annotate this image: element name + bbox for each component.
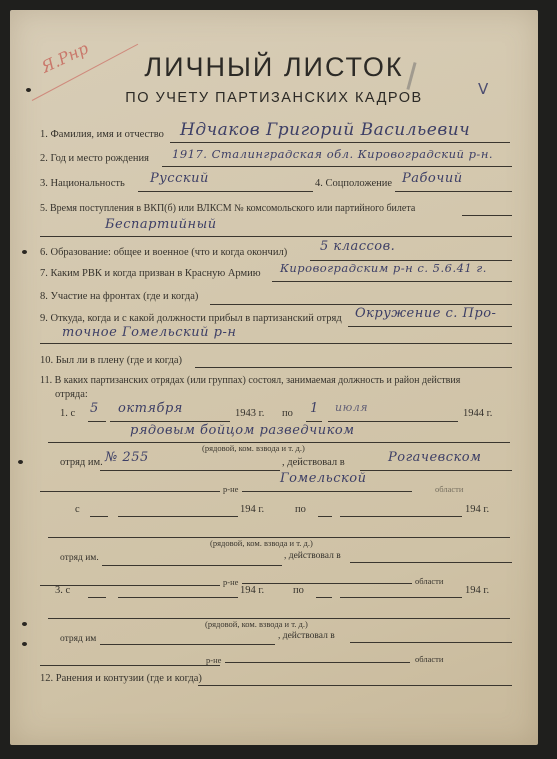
entry-2-district-line: [350, 562, 512, 563]
entry-2-to-month-line: [340, 516, 462, 517]
field-9-line-b: [40, 343, 512, 344]
field-1-line: [170, 142, 510, 143]
entry-3-position-hint: (рядовой, ком. взвода и т. д.): [205, 619, 308, 629]
entry-1-from-day: 5: [90, 401, 99, 416]
entry-2-to-day-line: [318, 516, 332, 517]
entry-2-to-label: по: [295, 504, 306, 515]
entry-1-acted-label: , действовал в: [282, 457, 345, 468]
entry-1-to-month-line: [328, 421, 458, 422]
punch-hole: [22, 250, 27, 254]
field-4-value: Рабочий: [402, 171, 463, 186]
field-7-label: 7. Каким РВК и когда призван в Красную А…: [40, 268, 261, 279]
field-8-line: [210, 304, 512, 305]
entry-2-from-day-line: [90, 516, 108, 517]
entry-1-from-month-line: [110, 421, 230, 422]
entry-2-to-year: 194 г.: [465, 504, 489, 515]
entry-1-from-year: 1943 г.: [235, 408, 264, 419]
entry-2-district-label: р-не: [223, 577, 238, 587]
entry-1-to-day-line: [306, 421, 322, 422]
field-3-label: 3. Национальность: [40, 178, 125, 189]
document-subtitle: ПО УЧЕТУ ПАРТИЗАНСКИХ КАДРОВ: [10, 90, 538, 106]
field-5-line-b: [40, 236, 512, 237]
entry-2-region-label: области: [415, 576, 443, 586]
field-1-label: 1. Фамилия, имя и отчество: [40, 129, 164, 140]
entry-3-region-label: области: [415, 654, 443, 664]
personal-record-sheet: Я.Рнр V ЛИЧНЫЙ ЛИСТОК ПО УЧЕТУ ПАРТИЗАНС…: [10, 10, 538, 745]
punch-hole: [22, 642, 27, 646]
field-6-value: 5 классов.: [320, 239, 395, 254]
field-6-label: 6. Образование: общее и военное (что и к…: [40, 247, 287, 258]
entry-3-region-line: [225, 662, 410, 663]
entry-3-to-month-line: [340, 597, 462, 598]
field-12-label: 12. Ранения и контузии (где и когда): [40, 673, 202, 684]
entry-1-district: Рогачевском: [388, 450, 481, 465]
field-3-value: Русский: [150, 171, 209, 186]
punch-hole: [18, 460, 23, 464]
entry-1-district-line: [360, 470, 512, 471]
entry-1-position: рядовым бойцом разведчиком: [130, 423, 355, 438]
field-11-label: 11. В каких партизанских отрядах (или гр…: [40, 375, 460, 386]
field-9-value-line1: Окружение с. Про-: [355, 306, 496, 321]
field-4-line: [395, 191, 512, 192]
field-11-label-2: отряда:: [55, 389, 88, 400]
entry-2-unit-line: [102, 565, 282, 566]
entry-1-unit: № 255: [105, 450, 149, 465]
entry-3-to-label: по: [293, 585, 304, 596]
entry-1-line-left: [40, 491, 220, 492]
entry-1-position-hint: (рядовой, ком. взвода и т. д.): [202, 443, 305, 453]
entry-1-unit-line: [100, 470, 280, 471]
field-2-label: 2. Год и место рождения: [40, 153, 149, 164]
field-5-value: Беспартийный: [105, 217, 217, 232]
entry-3-to-day-line: [316, 597, 332, 598]
entry-1-unit-label: отряд им.: [60, 457, 103, 468]
entry-2-acted-label: , действовал в: [284, 551, 341, 561]
field-1-value: Ндчаков Григорий Васильевич: [180, 120, 470, 140]
field-7-value: Кировоградским р-н с. 5.6.41 г.: [280, 261, 487, 275]
punch-hole: [22, 622, 27, 626]
entry-3-to-year: 194 г.: [465, 585, 489, 596]
entry-2-num: с: [75, 504, 80, 515]
field-7-line: [272, 281, 512, 282]
entry-2-from-month-line: [118, 516, 238, 517]
entry-1-to-day: 1: [310, 401, 319, 416]
entry-2-from-year: 194 г.: [240, 504, 264, 515]
field-10-label: 10. Был ли в плену (где и когда): [40, 355, 182, 366]
entry-1-to-year: 1944 г.: [463, 408, 492, 419]
field-2-line: [162, 166, 512, 167]
entry-1-num: 1. с: [60, 408, 75, 419]
entry-3-from-month-line: [118, 597, 238, 598]
field-12-line: [198, 685, 512, 686]
entry-1-district-label: р-не: [223, 484, 238, 494]
entry-1-region-line: [242, 491, 412, 492]
entry-1-from-day-line: [88, 421, 106, 422]
entry-1-to-month: июля: [335, 401, 368, 414]
entry-2-region-line: [242, 583, 412, 584]
field-3-line: [138, 191, 313, 192]
entry-3-unit-line: [100, 644, 275, 645]
entry-3-district-line: [350, 642, 512, 643]
entry-3-from-day-line: [88, 597, 106, 598]
entry-1-from-month: октября: [118, 401, 183, 416]
entry-3-line-left: [40, 665, 220, 666]
entry-1-to-label: по: [282, 408, 293, 419]
field-5-label: 5. Время поступления в ВКП(б) или ВЛКСМ …: [40, 203, 415, 214]
field-5-line-a: [462, 215, 512, 216]
entry-1-region-label: области: [435, 484, 463, 494]
field-9-line-a: [348, 326, 512, 327]
entry-3-from-year: 194 г.: [240, 585, 264, 596]
field-4-label: 4. Соцположение: [315, 178, 392, 189]
field-9-label: 9. Откуда, когда и с какой должности при…: [40, 313, 342, 324]
field-8-label: 8. Участие на фронтах (где и когда): [40, 291, 198, 302]
entry-3-acted-label: , действовал в: [278, 631, 335, 641]
entry-2-unit-label: отряд им.: [60, 553, 99, 563]
entry-2-position-hint: (рядовой, ком. взвода и т. д.): [210, 538, 313, 548]
field-10-line: [195, 367, 512, 368]
entry-1-region: Гомельской: [280, 471, 367, 486]
entry-3-num: 3. с: [55, 585, 70, 596]
entry-3-unit-label: отряд им: [60, 634, 96, 644]
field-2-value: 1917. Сталинградская обл. Кировоградский…: [172, 147, 493, 161]
field-9-value-line2: точное Гомельский р-н: [62, 325, 236, 340]
document-title: ЛИЧНЫЙ ЛИСТОК: [10, 52, 538, 83]
entry-3-district-label: р-не: [206, 655, 221, 665]
